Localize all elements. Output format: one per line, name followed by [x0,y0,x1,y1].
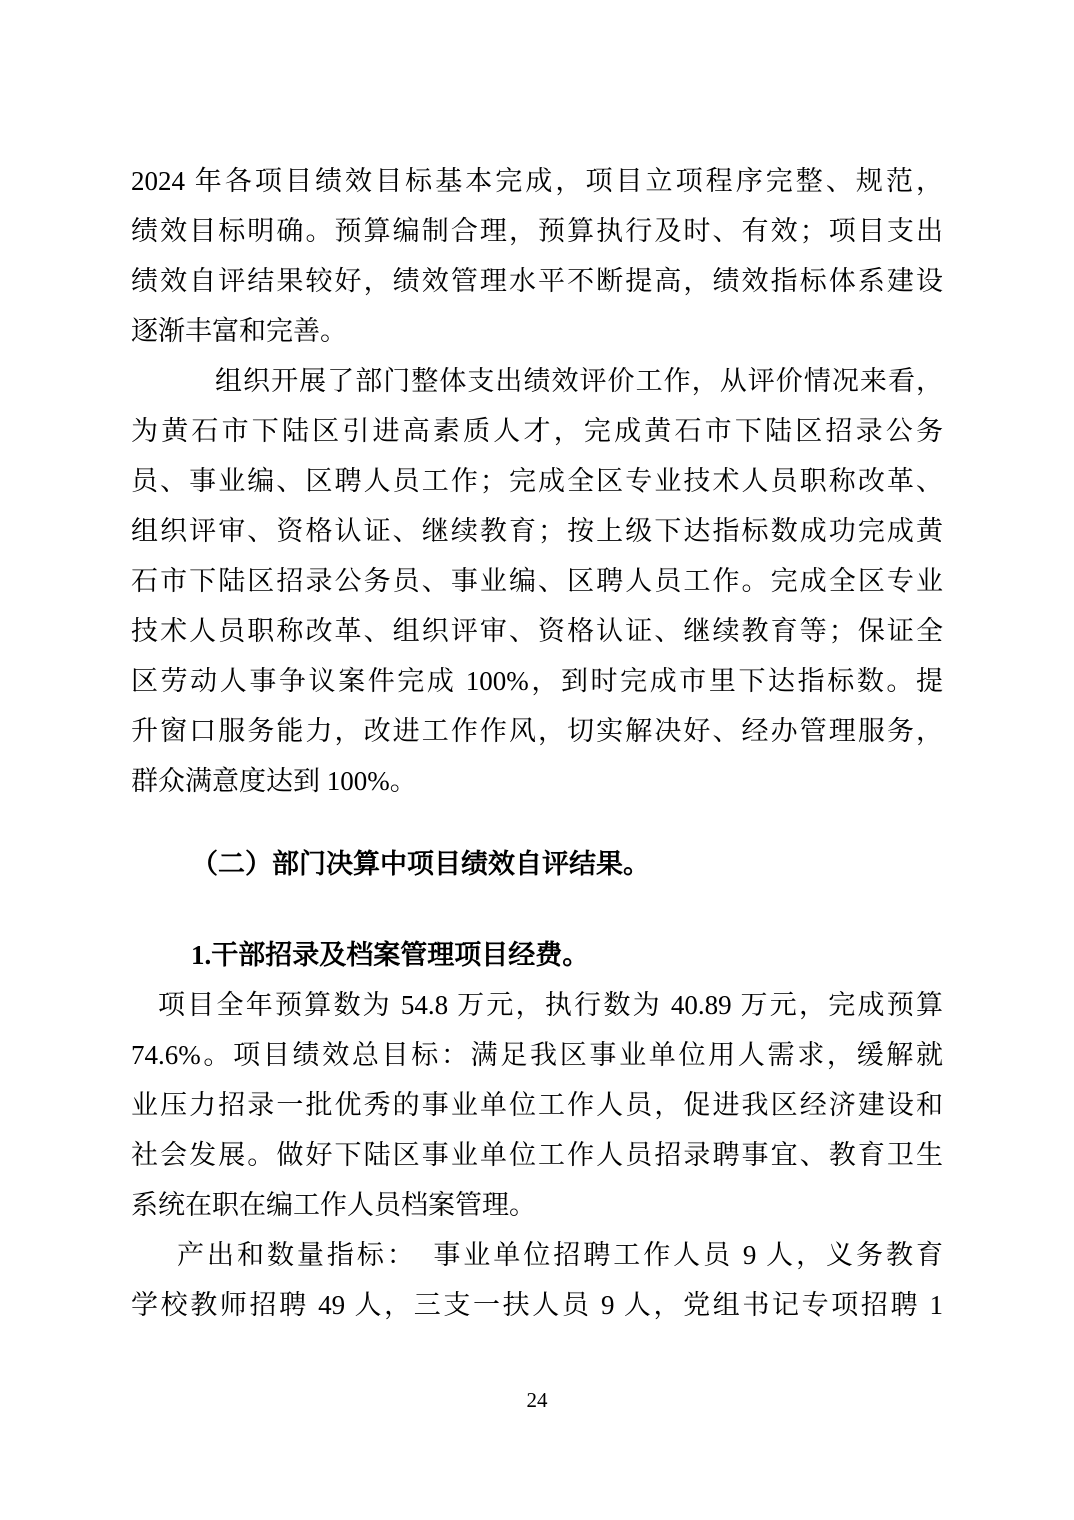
paragraph2-line: 石市下陆区招录公务员、事业编、区聘人员工作。完成全区专业 [131,556,943,606]
paragraph2-line: 组织评审、资格认证、继续教育；按上级下达指标数成功完成黄 [131,506,943,556]
paragraph3-line: 系统在职在编工作人员档案管理。 [131,1180,943,1230]
item-heading: 1.干部招录及档案管理项目经费。 [131,930,943,980]
paragraph3-line: 业压力招录一批优秀的事业单位工作人员，促进我区经济建设和 [131,1080,943,1130]
document-body: 2024 年各项目绩效目标基本完成，项目立项程序完整、规范， 绩效目标明确。预算… [131,156,943,1330]
paragraph3-line: 项目全年预算数为 54.8 万元，执行数为 40.89 万元，完成预算 [131,980,943,1030]
paragraph2-line: 群众满意度达到 100%。 [131,756,943,806]
paragraph1-line: 绩效自评结果较好，绩效管理水平不断提高，绩效指标体系建设 [131,256,943,306]
paragraph4-line: 学校教师招聘 49 人，三支一扶人员 9 人，党组书记专项招聘 1 [131,1280,943,1330]
paragraph2-line: 升窗口服务能力，改进工作作风，切实解决好、经办管理服务， [131,706,943,756]
paragraph3-line: 74.6%。项目绩效总目标：满足我区事业单位用人需求，缓解就 [131,1030,943,1080]
section-heading: （二）部门决算中项目绩效自评结果。 [131,839,943,889]
paragraph2-line: 区劳动人事争议案件完成 100%，到时完成市里下达指标数。提 [131,656,943,706]
paragraph2-line: 为黄石市下陆区引进高素质人才，完成黄石市下陆区招录公务 [131,406,943,456]
paragraph1-line: 绩效目标明确。预算编制合理，预算执行及时、有效；项目支出 [131,206,943,256]
document-page: 2024 年各项目绩效目标基本完成，项目立项程序完整、规范， 绩效目标明确。预算… [0,0,1074,1520]
paragraph2-line: 技术人员职称改革、组织评审、资格认证、继续教育等；保证全 [131,606,943,656]
paragraph4-line: 产出和数量指标： 事业单位招聘工作人员 9 人，义务教育 [131,1230,943,1280]
paragraph1-line: 2024 年各项目绩效目标基本完成，项目立项程序完整、规范， [131,156,943,206]
paragraph1-line: 逐渐丰富和完善。 [131,306,943,356]
paragraph3-line: 社会发展。做好下陆区事业单位工作人员招录聘事宜、教育卫生 [131,1130,943,1180]
page-number: 24 [0,1386,1074,1414]
paragraph2-line: 组织开展了部门整体支出绩效评价工作，从评价情况来看， [131,356,943,406]
paragraph2-line: 员、事业编、区聘人员工作；完成全区专业技术人员职称改革、 [131,456,943,506]
